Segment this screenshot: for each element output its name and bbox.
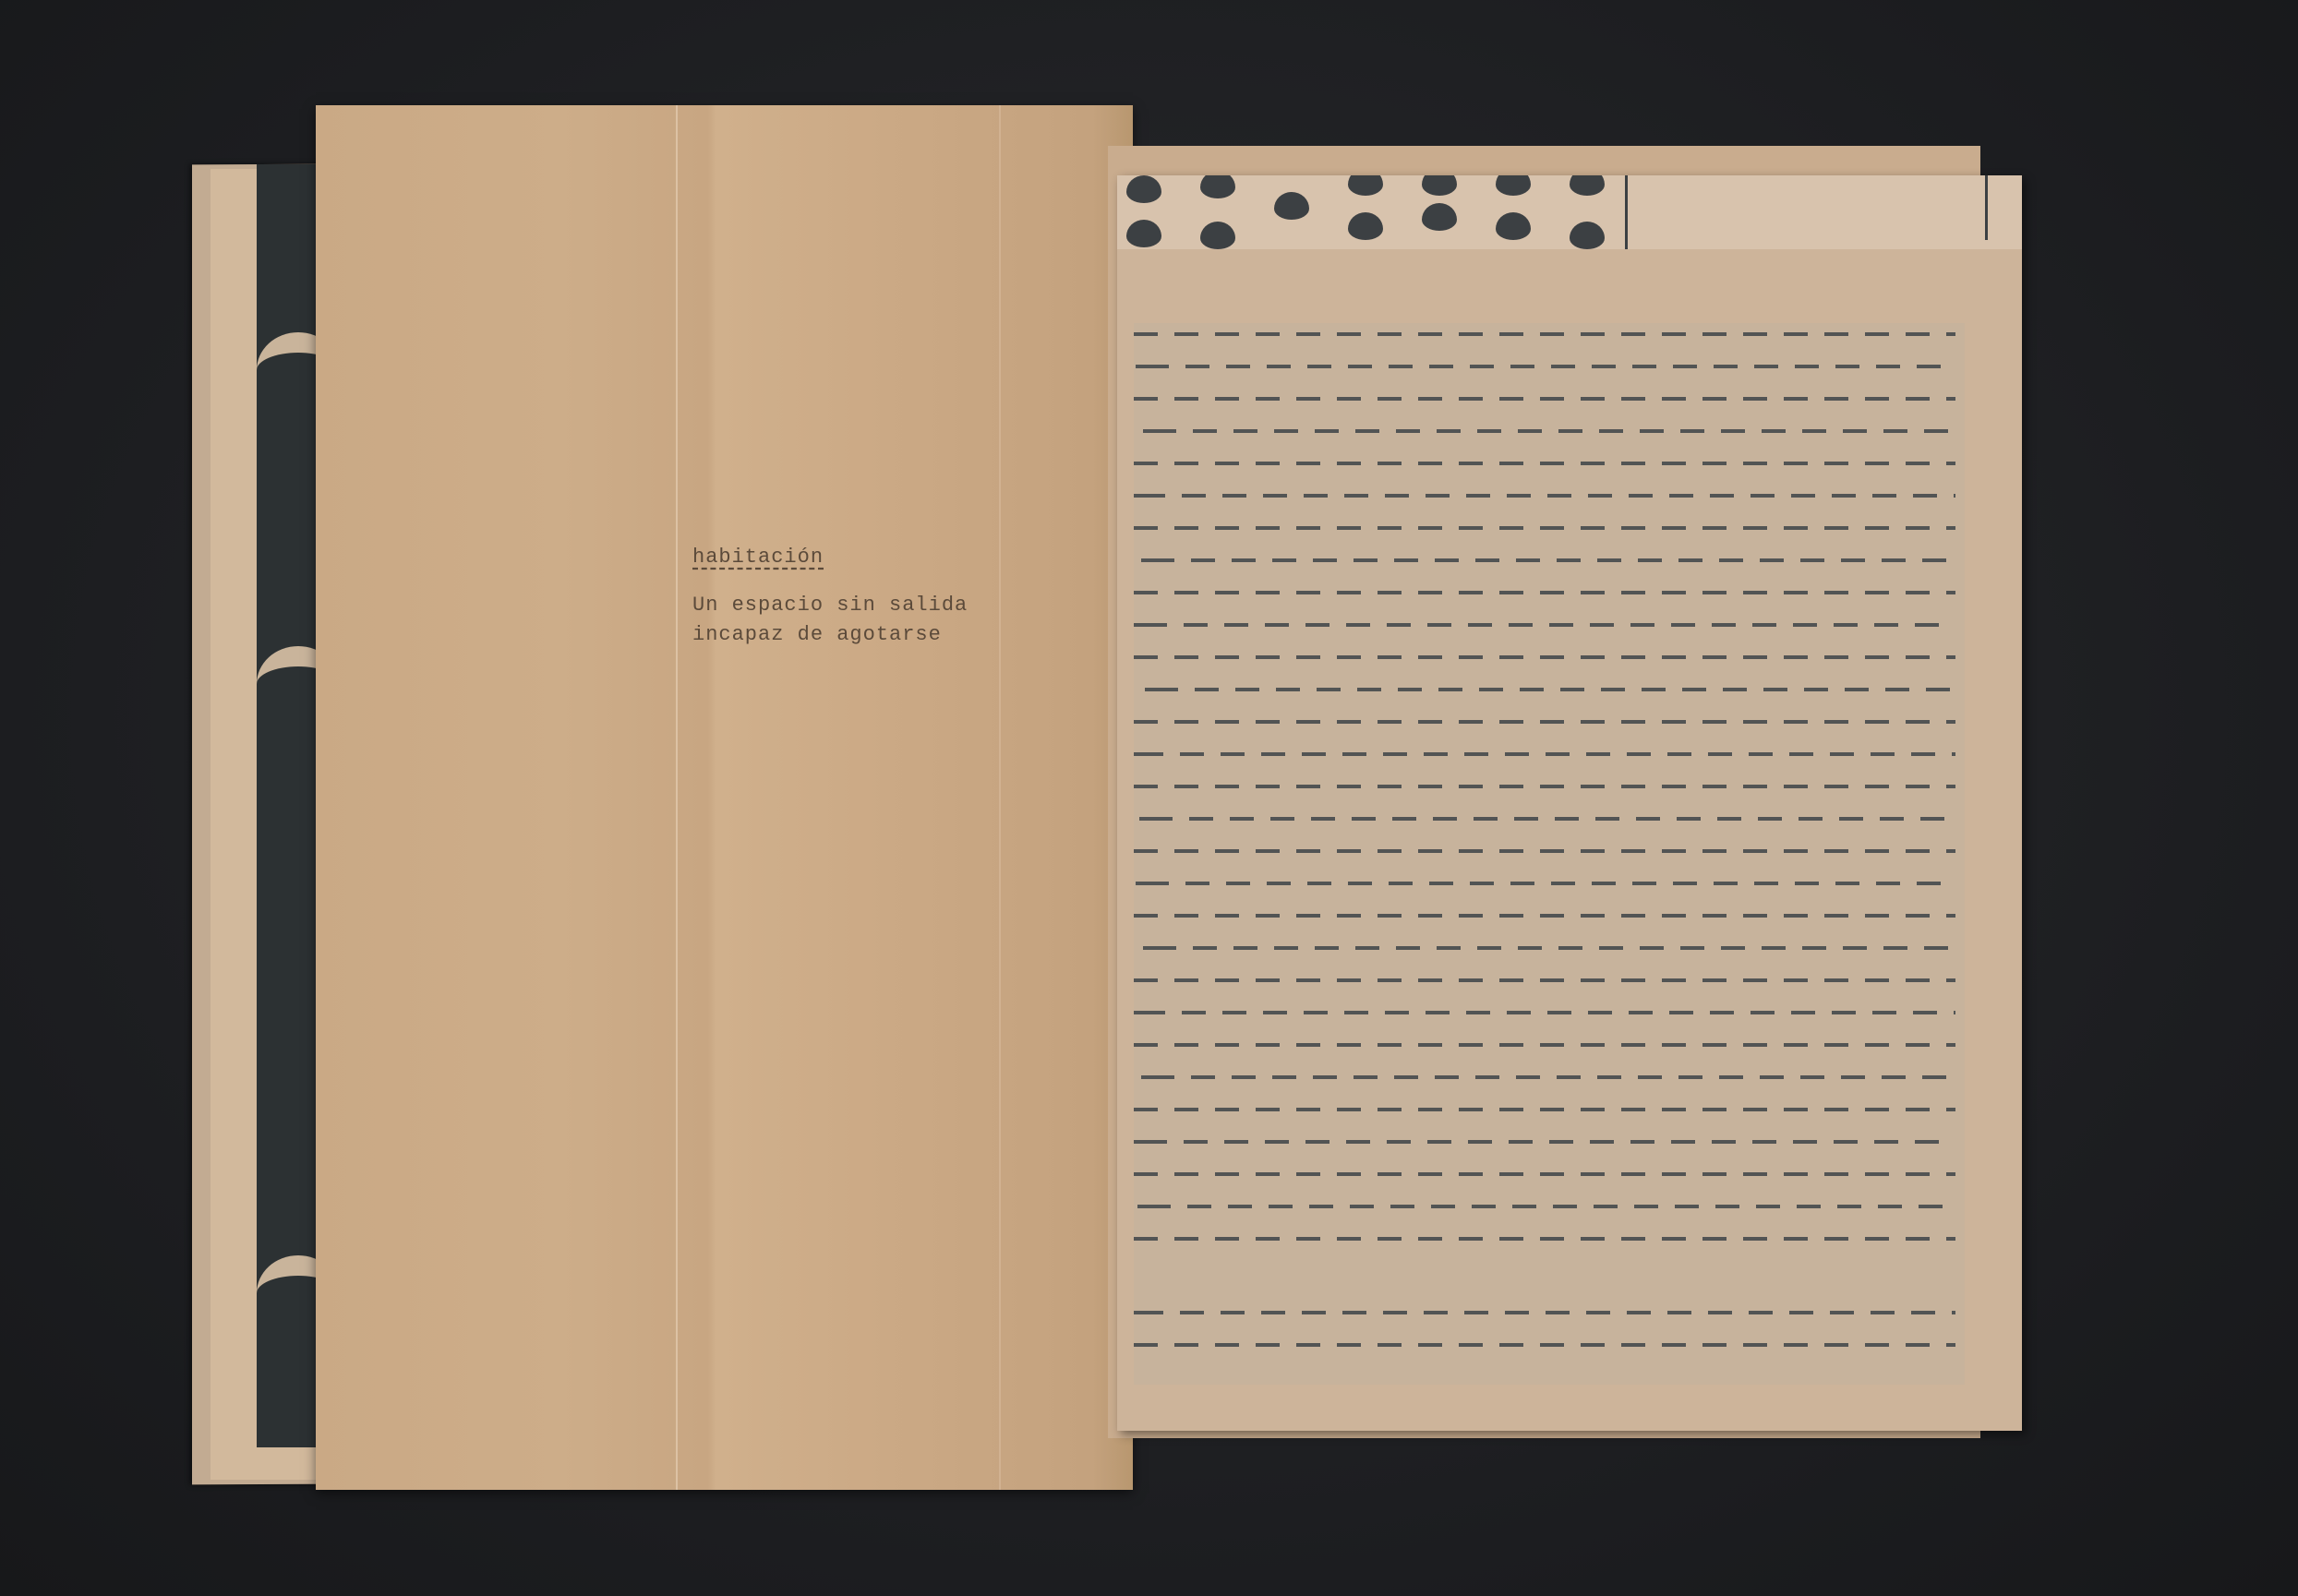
right-page [1117, 175, 2022, 1431]
left-page [316, 105, 1133, 1490]
poem-text: habitación Un espacio sin salida incapaz… [692, 543, 968, 650]
dash-pattern [1134, 323, 1965, 1385]
teardrop-pattern-strip [1117, 175, 2022, 249]
fold-line [676, 105, 678, 1490]
poem-line-1: Un espacio sin salida [692, 591, 968, 620]
poem-title: habitación [692, 543, 968, 572]
poem-line-2: incapaz de agotarse [692, 620, 968, 650]
fold-line [999, 105, 1001, 1490]
